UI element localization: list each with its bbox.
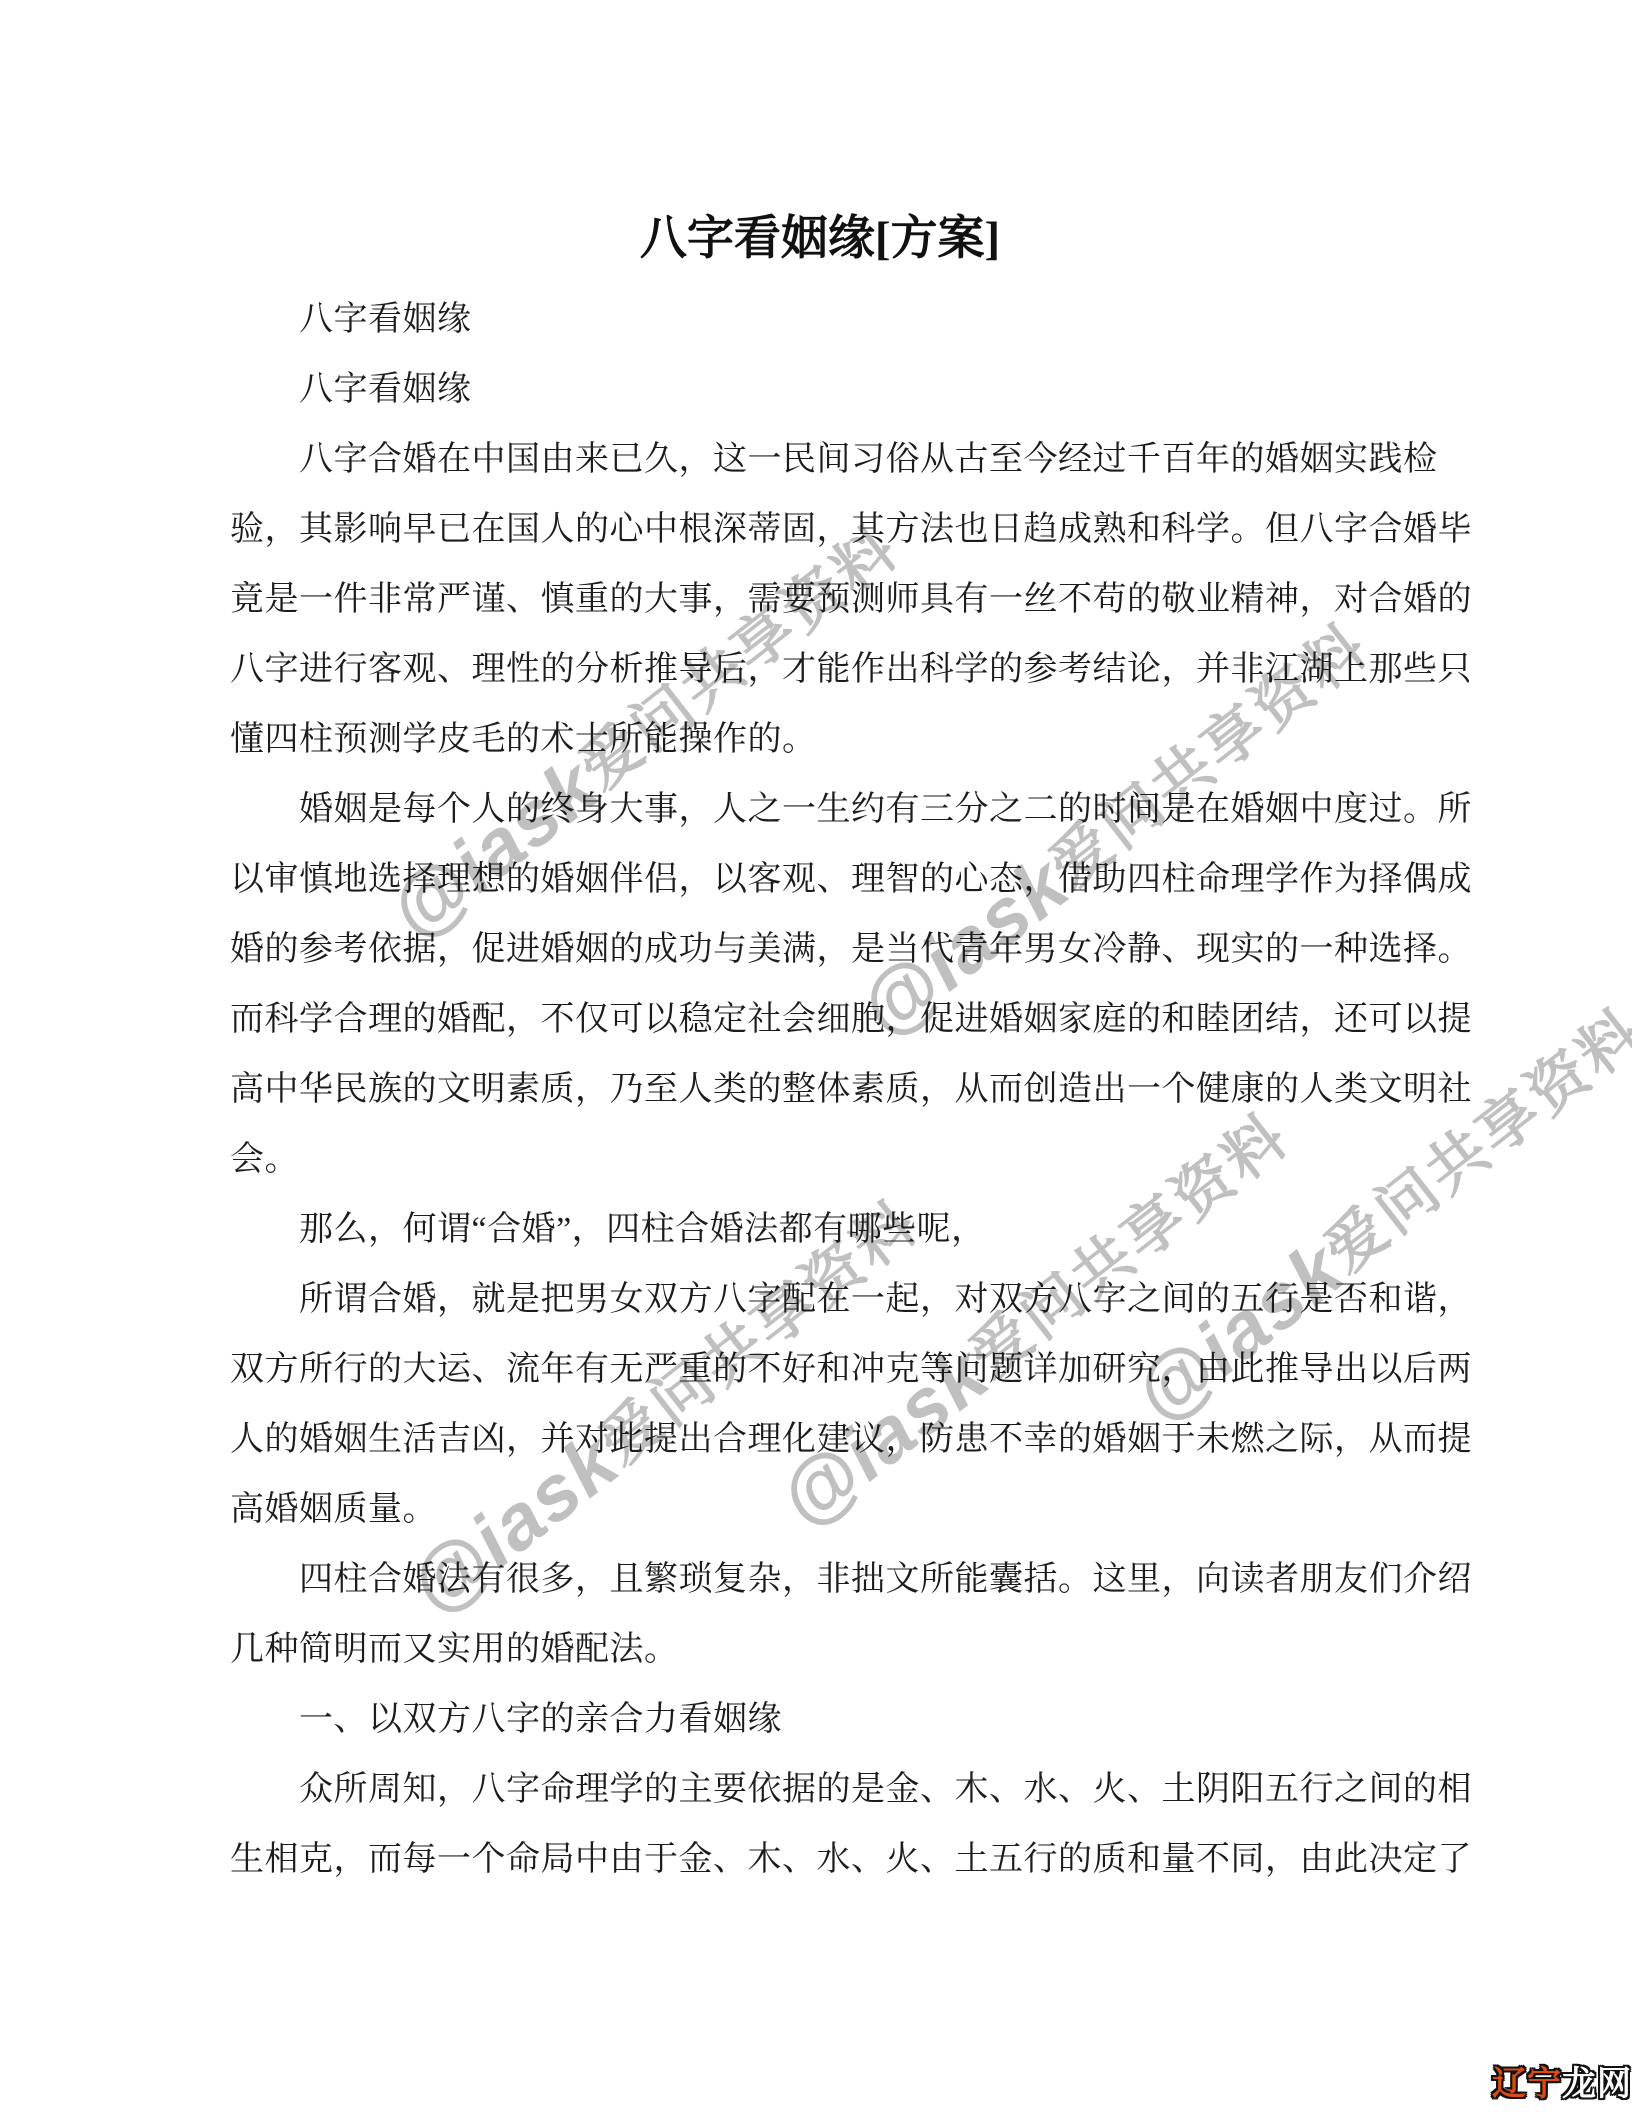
text-line: 八字合婚在中国由来已久，这一民间习俗从古至今经过千百年的婚姻实践检 [230,425,1410,495]
text-line: 一、以双方八字的亲合力看姻缘 [230,1685,1410,1755]
text-line: 几种简明而又实用的婚配法。 [230,1615,1410,1685]
text-line: 所谓合婚，就是把男女双方八字配在一起，对双方八字之间的五行是否和谐， [230,1265,1410,1335]
text-line: 双方所行的大运、流年有无严重的不好和冲克等问题详加研究，由此推导出以后两 [230,1335,1410,1405]
text-line: 众所周知，八字命理学的主要依据的是金、木、水、火、土阴阳五行之间的相 [230,1755,1410,1825]
text-line: 婚姻是每个人的终身大事，人之一生约有三分之二的时间是在婚姻中度过。所 [230,775,1410,845]
text-body: 八字看姻缘 八字看姻缘 八字合婚在中国由来已久，这一民间习俗从古至今经过千百年的… [230,285,1410,1895]
document-page: @iask爱问共享资料@iask爱问共享资料@iask爱问共享资料@iask爱问… [0,0,1632,2112]
text-line: 八字进行客观、理性的分析推导后，才能作出科学的参考结论，并非江湖上那些只 [230,635,1410,705]
text-line: 会。 [230,1125,1410,1195]
text-line: 而科学合理的婚配，不仅可以稳定社会细胞，促进婚姻家庭的和睦团结，还可以提 [230,985,1410,1055]
text-line: 高中华民族的文明素质，乃至人类的整体素质，从而创造出一个健康的人类文明社 [230,1055,1410,1125]
text-line: 四柱合婚法有很多，且繁琐复杂，非拙文所能囊括。这里，向读者朋友们介绍 [230,1545,1410,1615]
text-line: 以审慎地选择理想的婚姻伴侣，以客观、理智的心态，借助四柱命理学作为择偶成 [230,845,1410,915]
text-line: 人的婚姻生活吉凶，并对此提出合理化建议，防患不幸的婚姻于未燃之际，从而提 [230,1405,1410,1475]
text-line: 八字看姻缘 [230,285,1410,355]
document-content: 八字看姻缘[方案] 八字看姻缘 八字看姻缘 八字合婚在中国由来已久，这一民间习俗… [230,193,1410,1895]
page-title: 八字看姻缘[方案] [230,193,1410,285]
text-line: 生相克，而每一个命局中由于金、木、水、火、土五行的质和量不同，由此决定了 [230,1825,1410,1895]
text-line: 婚的参考依据，促进婚姻的成功与美满，是当代青年男女冷静、现实的一种选择。 [230,915,1410,985]
logo-part-white: 龙网 [1562,2065,1632,2103]
text-line: 竟是一件非常严谨、慎重的大事，需要预测师具有一丝不苟的敬业精神，对合婚的 [230,565,1410,635]
text-line: 那么，何谓“合婚”，四柱合婚法都有哪些呢， [230,1195,1410,1265]
logo-part-red: 辽宁 [1492,2065,1562,2103]
text-line: 懂四柱预测学皮毛的术士所能操作的。 [230,705,1410,775]
text-line: 验，其影响早已在国人的心中根深蒂固，其方法也日趋成熟和科学。但八字合婚毕 [230,495,1410,565]
text-line: 高婚姻质量。 [230,1475,1410,1545]
text-line: 八字看姻缘 [230,355,1410,425]
liaoning-longwang-logo: 辽宁龙网 [1492,2056,1632,2105]
